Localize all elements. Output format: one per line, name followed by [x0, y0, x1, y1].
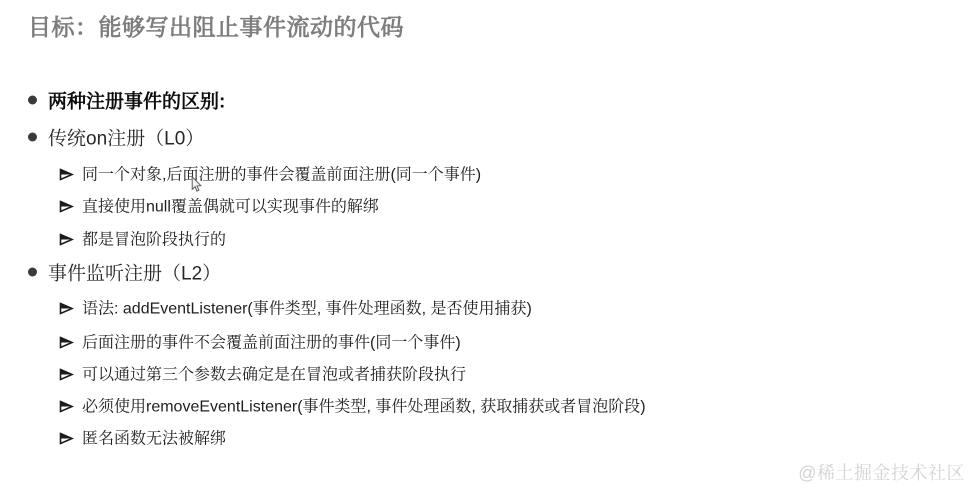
- list-item-text: 两种注册事件的区别:: [48, 87, 225, 114]
- arrowhead-bullet-icon: [59, 167, 74, 179]
- list-item-text: 都是冒泡阶段执行的: [82, 227, 226, 250]
- mouse-cursor-icon: [191, 176, 202, 193]
- list-item: 后面注册的事件不会覆盖前面注册的事件(同一个事件): [59, 330, 461, 353]
- list-item: 可以通过第三个参数去确定是在冒泡或者捕获阶段执行: [59, 362, 466, 385]
- bullet-dot-icon: [28, 96, 37, 105]
- list-item: 匿名函数无法被解绑: [59, 426, 226, 449]
- arrowhead-bullet-icon: [59, 199, 74, 211]
- list-item-text: 可以通过第三个参数去确定是在冒泡或者捕获阶段执行: [82, 362, 466, 385]
- list-item: 事件监听注册（L2）: [28, 259, 221, 286]
- list-item: 都是冒泡阶段执行的: [59, 227, 226, 250]
- list-item: 传统on注册（L0）: [28, 124, 204, 151]
- list-item-text: 必须使用removeEventListener(事件类型, 事件处理函数, 获取…: [82, 394, 646, 417]
- arrowhead-bullet-icon: [59, 431, 74, 443]
- list-item: 语法: addEventListener(事件类型, 事件处理函数, 是否使用捕…: [59, 296, 532, 319]
- list-item: 两种注册事件的区别:: [28, 87, 225, 114]
- bullet-dot-icon: [28, 268, 37, 277]
- list-item-text: 传统on注册（L0）: [48, 124, 204, 151]
- arrowhead-bullet-icon: [59, 335, 74, 347]
- list-item-text: 后面注册的事件不会覆盖前面注册的事件(同一个事件): [82, 330, 461, 353]
- slide-page: 目标：能够写出阻止事件流动的代码 两种注册事件的区别: 传统on注册（L0） 同…: [0, 0, 980, 496]
- list-item: 直接使用null覆盖偶就可以实现事件的解绑: [59, 194, 379, 217]
- list-item-text: 直接使用null覆盖偶就可以实现事件的解绑: [82, 194, 379, 217]
- arrowhead-bullet-icon: [59, 399, 74, 411]
- watermark: @稀土掘金技术社区: [798, 459, 965, 485]
- list-item: 必须使用removeEventListener(事件类型, 事件处理函数, 获取…: [59, 394, 646, 417]
- arrowhead-bullet-icon: [59, 367, 74, 379]
- list-item-text: 事件监听注册（L2）: [48, 259, 221, 286]
- arrowhead-bullet-icon: [59, 301, 74, 313]
- list-item: 同一个对象,后面注册的事件会覆盖前面注册(同一个事件): [59, 162, 481, 185]
- bullet-dot-icon: [28, 133, 37, 142]
- list-item-text: 同一个对象,后面注册的事件会覆盖前面注册(同一个事件): [82, 162, 481, 185]
- list-item-text: 匿名函数无法被解绑: [82, 426, 226, 449]
- page-title: 目标：能够写出阻止事件流动的代码: [28, 13, 404, 43]
- list-item-text: 语法: addEventListener(事件类型, 事件处理函数, 是否使用捕…: [82, 296, 532, 319]
- arrowhead-bullet-icon: [59, 232, 74, 244]
